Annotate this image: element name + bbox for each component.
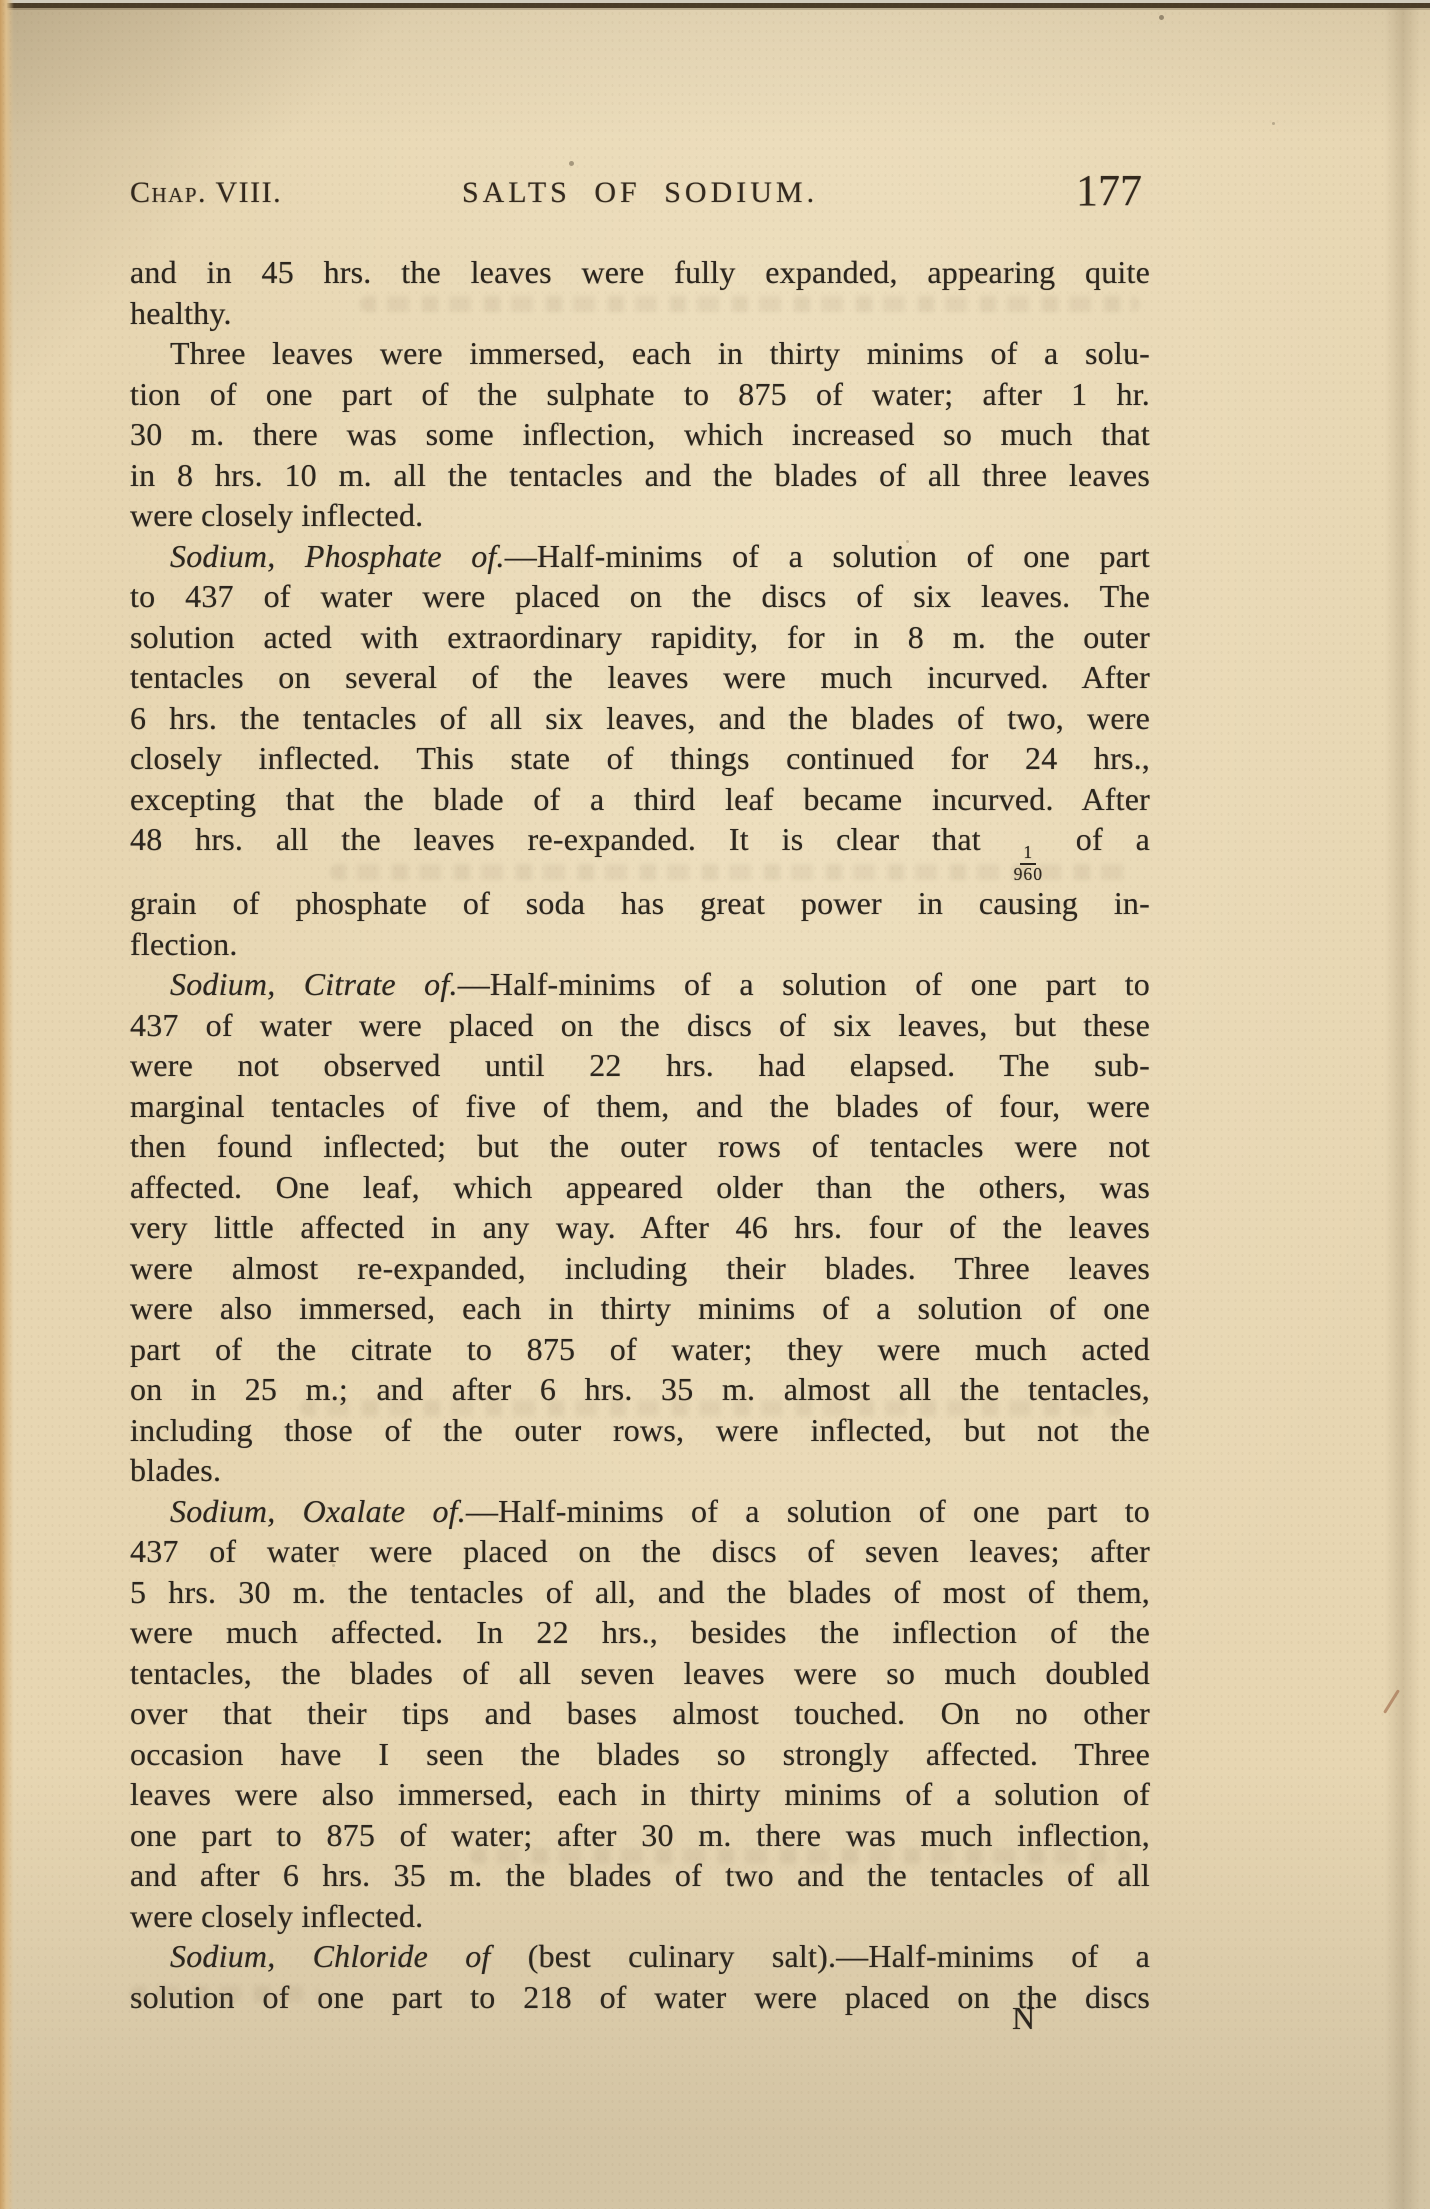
- text-segment: were not observed until 22 hrs. had elap…: [130, 1047, 1150, 1083]
- text-line: Sodium, Chloride of (best culinary salt)…: [130, 1936, 1150, 1977]
- text-segment: were closely inflected.: [130, 497, 423, 533]
- text-segment: and after 6 hrs. 35 m. the blades of two…: [130, 1857, 1150, 1893]
- text-line: Three leaves were immersed, each in thir…: [130, 333, 1150, 374]
- text-line: then found inflected; but the outer rows…: [130, 1126, 1150, 1167]
- text-segment: 30 m. there was some inflection, which i…: [130, 416, 1150, 452]
- salt-name-italic: Sodium, Citrate of.: [170, 966, 458, 1002]
- text-line: on in 25 m.; and after 6 hrs. 35 m. almo…: [130, 1369, 1150, 1410]
- text-line: over that their tips and bases almost to…: [130, 1693, 1150, 1734]
- text-line: leaves were also immersed, each in thirt…: [130, 1774, 1150, 1815]
- text-segment: —Half-minims of a solution of one part t…: [458, 966, 1150, 1002]
- text-segment: tentacles, the blades of all seven leave…: [130, 1655, 1150, 1691]
- text-line: tentacles on several of the leaves were …: [130, 657, 1150, 698]
- text-segment: one part to 875 of water; after 30 m. th…: [130, 1817, 1150, 1853]
- text-line: marginal tentacles of five of them, and …: [130, 1086, 1150, 1127]
- text-line: 437 of water were placed on the discs of…: [130, 1005, 1150, 1046]
- text-line: and after 6 hrs. 35 m. the blades of two…: [130, 1855, 1150, 1896]
- text-line: Sodium, Oxalate of.—Half-minims of a sol…: [130, 1491, 1150, 1532]
- text-segment: on in 25 m.; and after 6 hrs. 35 m. almo…: [130, 1371, 1150, 1407]
- running-header: Chap. VIII. SALTS OF SODIUM. 177: [130, 166, 1150, 212]
- text-line: Sodium, Citrate of.—Half-minims of a sol…: [130, 964, 1150, 1005]
- text-line: 5 hrs. 30 m. the tentacles of all, and t…: [130, 1572, 1150, 1613]
- text-segment: 5 hrs. 30 m. the tentacles of all, and t…: [130, 1574, 1150, 1610]
- text-line: were much affected. In 22 hrs., besides …: [130, 1612, 1150, 1653]
- text-segment: over that their tips and bases almost to…: [130, 1695, 1150, 1731]
- text-line: were almost re-expanded, including their…: [130, 1248, 1150, 1289]
- text-segment: of a: [1043, 821, 1150, 857]
- text-line: including those of the outer rows, were …: [130, 1410, 1150, 1451]
- text-segment: 6 hrs. the tentacles of all six leaves, …: [130, 700, 1150, 736]
- text-segment: were closely inflected.: [130, 1898, 423, 1934]
- text-line: blades.: [130, 1450, 1150, 1491]
- salt-name-italic: Sodium, Oxalate of.: [170, 1493, 466, 1529]
- margin-pen-mark: [1383, 1689, 1400, 1713]
- text-segment: (best culinary salt).—Half-minims of a: [491, 1938, 1150, 1974]
- text-segment: then found inflected; but the outer rows…: [130, 1128, 1150, 1164]
- text-segment: leaves were also immersed, each in thirt…: [130, 1776, 1150, 1812]
- salt-name-italic: Sodium, Phosphate of.: [170, 538, 505, 574]
- text-segment: were also immersed, each in thirty minim…: [130, 1290, 1150, 1326]
- text-line: were also immersed, each in thirty minim…: [130, 1288, 1150, 1329]
- text-line: in 8 hrs. 10 m. all the tentacles and th…: [130, 455, 1150, 496]
- text-line: Sodium, Phosphate of.—Half-minims of a s…: [130, 536, 1150, 577]
- scan-left-edge: [0, 0, 14, 2209]
- text-segment: blades.: [130, 1452, 221, 1488]
- text-line: occasion have I seen the blades so stron…: [130, 1734, 1150, 1775]
- text-line: part of the citrate to 875 of water; the…: [130, 1329, 1150, 1370]
- text-segment: flection.: [130, 926, 238, 962]
- text-segment: including those of the outer rows, were …: [130, 1412, 1150, 1448]
- text-line: very little affected in any way. After 4…: [130, 1207, 1150, 1248]
- text-segment: were almost re-expanded, including their…: [130, 1250, 1150, 1286]
- text-segment: were much affected. In 22 hrs., besides …: [130, 1614, 1150, 1650]
- text-line: one part to 875 of water; after 30 m. th…: [130, 1815, 1150, 1856]
- text-line: solution of one part to 218 of water wer…: [130, 1977, 1150, 2018]
- text-line: 437 of water were placed on the discs of…: [130, 1531, 1150, 1572]
- text-line: flection.: [130, 924, 1150, 965]
- text-line: were closely inflected.: [130, 1896, 1150, 1937]
- text-segment: and in 45 hrs. the leaves were fully exp…: [130, 254, 1150, 290]
- text-segment: grain of phosphate of soda has great pow…: [130, 885, 1150, 921]
- text-line: 6 hrs. the tentacles of all six leaves, …: [130, 698, 1150, 739]
- text-segment: —Half-minims of a solution of one part: [505, 538, 1150, 574]
- paper-specks: [0, 0, 3, 3]
- fraction: 1960: [1014, 844, 1043, 883]
- page-title: SALTS OF SODIUM.: [130, 176, 1150, 210]
- text-segment: to 437 of water were placed on the discs…: [130, 578, 1150, 614]
- text-line: solution acted with extraordinary rapidi…: [130, 617, 1150, 658]
- text-segment: tentacles on several of the leaves were …: [130, 659, 1150, 695]
- text-line: and in 45 hrs. the leaves were fully exp…: [130, 252, 1150, 293]
- text-segment: tion of one part of the sulphate to 875 …: [130, 376, 1150, 412]
- text-line: to 437 of water were placed on the discs…: [130, 576, 1150, 617]
- text-segment: 437 of water were placed on the discs of…: [130, 1007, 1150, 1043]
- scan-top-edge: [6, 0, 1430, 10]
- body-text: and in 45 hrs. the leaves were fully exp…: [130, 252, 1150, 2017]
- text-line: excepting that the blade of a third leaf…: [130, 779, 1150, 820]
- text-line: closely inflected. This state of things …: [130, 738, 1150, 779]
- text-segment: very little affected in any way. After 4…: [130, 1209, 1150, 1245]
- text-segment: affected. One leaf, which appeared older…: [130, 1169, 1150, 1205]
- text-line: healthy.: [130, 293, 1150, 334]
- text-segment: Three leaves were immersed, each in thir…: [170, 335, 1150, 371]
- text-segment: closely inflected. This state of things …: [130, 740, 1150, 776]
- salt-name-italic: Sodium, Chloride of: [170, 1938, 491, 1974]
- text-line: affected. One leaf, which appeared older…: [130, 1167, 1150, 1208]
- text-line: tentacles, the blades of all seven leave…: [130, 1653, 1150, 1694]
- text-segment: healthy.: [130, 295, 232, 331]
- book-page-scan: Chap. VIII. SALTS OF SODIUM. 177 and in …: [0, 0, 1430, 2209]
- text-segment: solution of one part to 218 of water wer…: [130, 1979, 1150, 2015]
- text-line: 30 m. there was some inflection, which i…: [130, 414, 1150, 455]
- text-segment: —Half-minims of a solution of one part t…: [466, 1493, 1150, 1529]
- text-segment: occasion have I seen the blades so stron…: [130, 1736, 1150, 1772]
- signature-mark: N: [1012, 2000, 1035, 2037]
- text-segment: excepting that the blade of a third leaf…: [130, 781, 1150, 817]
- page-number: 177: [1076, 165, 1142, 216]
- text-segment: in 8 hrs. 10 m. all the tentacles and th…: [130, 457, 1150, 493]
- text-line: 48 hrs. all the leaves re-expanded. It i…: [130, 819, 1150, 883]
- text-segment: 437 of water were placed on the discs of…: [130, 1533, 1150, 1569]
- text-line: tion of one part of the sulphate to 875 …: [130, 374, 1150, 415]
- text-segment: 48 hrs. all the leaves re-expanded. It i…: [130, 821, 1014, 857]
- text-segment: part of the citrate to 875 of water; the…: [130, 1331, 1150, 1367]
- text-line: grain of phosphate of soda has great pow…: [130, 883, 1150, 924]
- text-segment: marginal tentacles of five of them, and …: [130, 1088, 1150, 1124]
- text-line: were closely inflected.: [130, 495, 1150, 536]
- text-line: were not observed until 22 hrs. had elap…: [130, 1045, 1150, 1086]
- text-segment: solution acted with extraordinary rapidi…: [130, 619, 1150, 655]
